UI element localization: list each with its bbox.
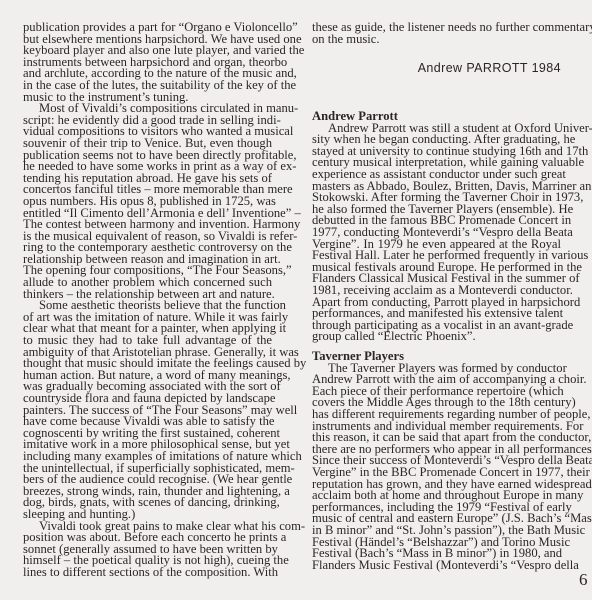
author-signature: Andrew PARROTT 1984 xyxy=(312,61,561,75)
text-line: on the music. xyxy=(312,34,561,46)
page-number: 6 xyxy=(579,570,588,590)
section-andrew-parrott: Andrew Parrott Andrew Parrott was still … xyxy=(312,111,561,343)
left-column: publication provides a part for “Organo … xyxy=(23,22,272,579)
text-line: Flanders Music Festival (Monteverdi’s “V… xyxy=(312,560,561,572)
right-column-intro: these as guide, the listener needs no fu… xyxy=(312,22,561,45)
text-line: group called “Electric Phoenix”. xyxy=(312,331,561,343)
section-taverner-players: Taverner Players The Taverner Players wa… xyxy=(312,351,561,571)
text-line: lines to different sections of the compo… xyxy=(23,567,272,579)
